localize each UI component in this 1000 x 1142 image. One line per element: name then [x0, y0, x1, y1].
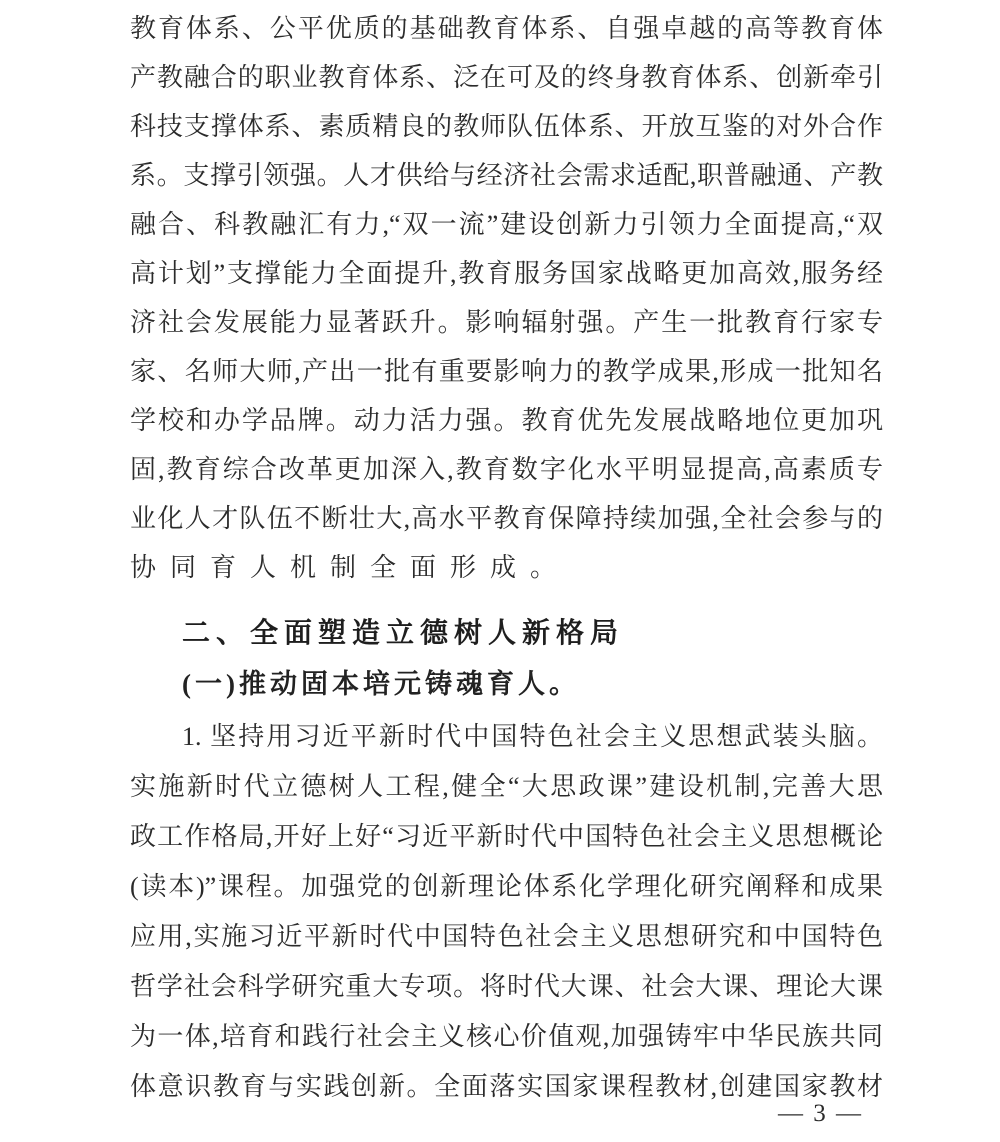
body-line: 实施新时代立德树人工程,健全“大思政课”建设机制,完善大思: [130, 762, 883, 812]
body-line: (读本)”课程。加强党的创新理论体系化学理化研究阐释和成果: [130, 862, 883, 912]
body-line: 1. 坚持用习近平新时代中国特色社会主义思想武装头脑。: [130, 712, 883, 762]
paragraph-continued: 教育体系、公平优质的基础教育体系、自强卓越的高等教育体系、 产教融合的职业教育体…: [130, 4, 883, 592]
body-line: 应用,实施习近平新时代中国特色社会主义思想研究和中国特色: [130, 912, 883, 962]
body-line: 产教融合的职业教育体系、泛在可及的终身教育体系、创新牵引的: [130, 53, 883, 102]
body-line: 教育体系、公平优质的基础教育体系、自强卓越的高等教育体系、: [130, 4, 883, 53]
body-line: 学校和办学品牌。动力活力强。教育优先发展战略地位更加巩: [130, 396, 883, 445]
body-line: 固,教育综合改革更加深入,教育数字化水平明显提高,高素质专: [130, 445, 883, 494]
body-line: 融合、科教融汇有力,“双一流”建设创新力引领力全面提高,“双: [130, 200, 883, 249]
body-line: 业化人才队伍不断壮大,高水平教育保障持续加强,全社会参与的: [130, 494, 883, 543]
body-line: 高计划”支撑能力全面提升,教育服务国家战略更加高效,服务经: [130, 249, 883, 298]
numbered-paragraph: 1. 坚持用习近平新时代中国特色社会主义思想武装头脑。 实施新时代立德树人工程,…: [130, 712, 883, 1112]
subsection-heading: (一)推动固本培元铸魂育人。: [130, 660, 883, 709]
page-number: — 3 —: [778, 1100, 863, 1128]
body-line: 系。支撑引领强。人才供给与经济社会需求适配,职普融通、产教: [130, 151, 883, 200]
body-line: 家、名师大师,产出一批有重要影响力的教学成果,形成一批知名: [130, 347, 883, 396]
section-heading: 二、全面塑造立德树人新格局: [130, 608, 883, 657]
text-block: 教育体系、公平优质的基础教育体系、自强卓越的高等教育体系、 产教融合的职业教育体…: [130, 4, 883, 1112]
body-line: 协同育人机制全面形成。: [130, 543, 883, 592]
body-line: 为一体,培育和践行社会主义核心价值观,加强铸牢中华民族共同: [130, 1012, 883, 1062]
document-page: 教育体系、公平优质的基础教育体系、自强卓越的高等教育体系、 产教融合的职业教育体…: [0, 0, 1000, 1142]
body-line: 科技支撑体系、素质精良的教师队伍体系、开放互鉴的对外合作体: [130, 102, 883, 151]
body-line: 济社会发展能力显著跃升。影响辐射强。产生一批教育行家专: [130, 298, 883, 347]
body-line: 哲学社会科学研究重大专项。将时代大课、社会大课、理论大课融: [130, 962, 883, 1012]
body-line: 体意识教育与实践创新。全面落实国家课程教材,创建国家教材: [130, 1062, 883, 1112]
body-line: 政工作格局,开好上好“习近平新时代中国特色社会主义思想概论: [130, 812, 883, 862]
